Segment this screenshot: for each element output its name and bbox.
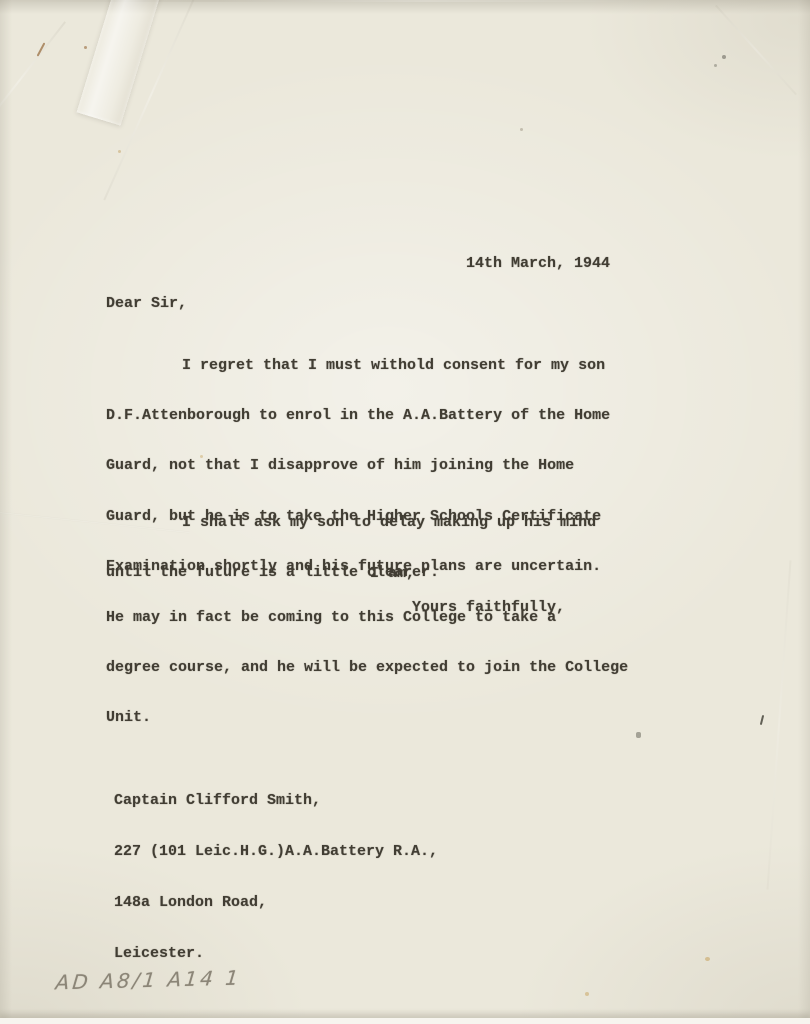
rust-stain: [84, 46, 87, 49]
scanned-letter-page: 14th March, 1944 Dear Sir, I regret that…: [0, 0, 810, 1024]
address-line: 148a London Road,: [114, 894, 438, 911]
crease-line: [766, 560, 791, 889]
address-line: Leicester.: [114, 945, 438, 962]
foxing-spot: [585, 992, 589, 996]
recipient-address: Captain Clifford Smith, 227 (101 Leic.H.…: [114, 758, 438, 996]
scan-edge: [0, 1018, 810, 1024]
salutation: Dear Sir,: [106, 296, 187, 313]
body-line: degree course, and he will be expected t…: [106, 660, 628, 677]
address-line: Captain Clifford Smith,: [114, 792, 438, 809]
ink-mark: [760, 715, 764, 725]
closing-i-am: I am,: [370, 566, 415, 583]
body-paragraph-2: I shall ask my son to delay making up hi…: [106, 481, 596, 615]
ink-smudge: [722, 55, 726, 59]
body-line: until the future is a little clearer.: [106, 565, 596, 582]
address-line: 227 (101 Leic.H.G.)A.A.Battery R.A.,: [114, 843, 438, 860]
tape-mark: [77, 0, 162, 126]
crease-line: [0, 0, 640, 2]
closing-yours-faithfully: Yours faithfully,: [412, 600, 565, 617]
body-line: Unit.: [106, 710, 628, 727]
letter-date: 14th March, 1944: [466, 256, 610, 273]
pencil-smudge: [636, 732, 641, 738]
ink-smudge: [714, 64, 717, 67]
crease-line: [715, 5, 797, 96]
crease-line: [0, 21, 66, 140]
foxing-spot: [705, 957, 710, 961]
archive-reference-pencil: AD A8/1 A14 1: [55, 966, 243, 995]
body-line: Guard, not that I disapprove of him join…: [106, 458, 628, 475]
body-line: I regret that I must withold consent for…: [106, 358, 628, 375]
body-line: D.F.Attenborough to enrol in the A.A.Bat…: [106, 408, 628, 425]
foxing-spot: [118, 150, 121, 153]
foxing-spot: [520, 128, 523, 131]
body-line: I shall ask my son to delay making up hi…: [106, 515, 596, 532]
